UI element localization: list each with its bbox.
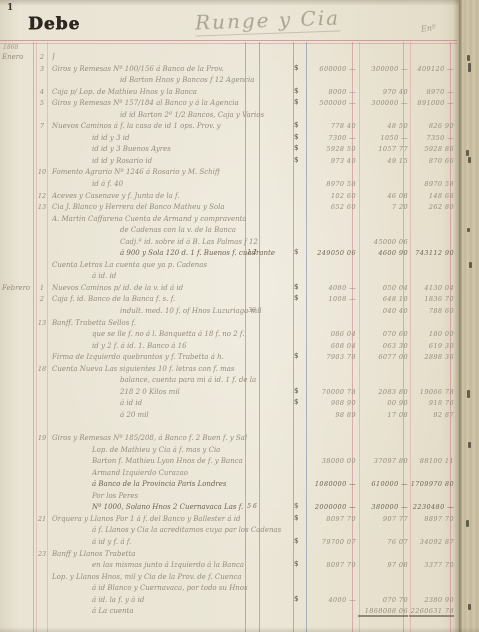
ledger-row: á id. id <box>0 271 479 283</box>
amount-col1: 7903 78 <box>302 353 356 361</box>
entry-description: Aceves y Casenave y f. Junta de la f. <box>52 192 180 200</box>
amount-col3: 92 87 <box>409 411 454 419</box>
amount-col3: 826 90 <box>409 122 454 130</box>
currency-mark: $ <box>294 294 298 302</box>
amount-col2: 063 30 <box>358 342 408 350</box>
ledger-row: que se lle f. no á l. Banquetta á 18 f. … <box>0 329 479 341</box>
ledger-row: 19Giros y Remesas Nº 185/208, á Banco f.… <box>0 433 479 445</box>
amount-col2: 17 08 <box>358 411 408 419</box>
entry-description: J <box>52 53 55 61</box>
amount-col2: 070 60 <box>358 330 408 338</box>
amount-col2: 2083 80 <box>358 388 408 396</box>
amount-col3: 1836 70 <box>409 295 454 303</box>
ledger-row: á Banco de la Provincia Paris Londres108… <box>0 479 479 491</box>
amount-col1: 98 89 <box>302 411 356 419</box>
amount-col1: 102 60 <box>302 192 356 200</box>
currency-mark: $ <box>294 156 298 164</box>
currency-mark: $ <box>294 560 298 568</box>
amount-col3: 5928 86 <box>409 145 454 153</box>
entry-day: 12 <box>37 192 47 200</box>
amount-col2: 070 70 <box>358 596 408 604</box>
ledger-row: á id. la f. y á id$4000 —070 702380 90 <box>0 595 479 607</box>
ledger-row: Enero2J <box>0 52 479 64</box>
entry-day: 4 <box>37 88 47 96</box>
amount-col2: 610000 — <box>358 480 408 488</box>
ledger-row: Cuenta Letras La cuenta que ya p. Cadena… <box>0 260 479 272</box>
ledger-row: 12Aceves y Casenave y f. Junta de la f.1… <box>0 191 479 203</box>
amount-col1: 7300 — <box>302 134 356 142</box>
amount-col2: 300000 — <box>358 99 408 107</box>
ledger-row: Armand Izquierdo Curazao <box>0 468 479 480</box>
entry-description: Caja f. id. Banco de la Banca f. s. f. <box>52 295 175 303</box>
amount-col3: 2230480 — <box>409 503 454 511</box>
amount-col2: 48 50 <box>358 122 408 130</box>
entry-month: Febrero <box>2 284 32 292</box>
currency-mark: $ <box>294 398 298 406</box>
entry-description: id id y 3 Buenos Ayres <box>92 145 171 153</box>
account-title-text: Runge y Cia <box>195 5 341 36</box>
ledger-row: 23Banff y Llanos Trabetta <box>0 549 479 561</box>
currency-mark: $ <box>294 248 298 256</box>
amount-col1: 1008 — <box>302 295 356 303</box>
amount-col1: 2000000 — <box>302 503 356 511</box>
ledger-row: Nº 1000, Solano Hnos 2 Cuernavaca Las f.… <box>0 502 479 514</box>
amount-col2: 907 77 <box>358 515 408 523</box>
entry-description: Banff. Trabetta Sellos f. <box>52 319 136 327</box>
page-number: 1 <box>7 3 13 13</box>
amount-col2: 45000 06 <box>358 238 408 246</box>
amount-col1: 8097 70 <box>302 561 356 569</box>
ledger-row: Barton f. Mathieu Lyon Hnos de f. y Banc… <box>0 456 479 468</box>
ledger-row <box>0 618 479 630</box>
entry-description: 218 2 0 Kilos mil <box>120 388 180 396</box>
head-rule-1 <box>0 40 457 41</box>
ledger-row: 218 2 0 Kilos mil$70000 782083 8019066 7… <box>0 387 479 399</box>
entry-description: id y 2 f. á id. 1. Banco á 16 <box>92 342 187 350</box>
ledger-row: 18Cuenta Nueva Las siguientes 10 f. letr… <box>0 364 479 376</box>
currency-mark: $ <box>294 502 298 510</box>
ledger-row: Firma de Izquierdo quebrantos y f. Trabe… <box>0 352 479 364</box>
amount-col1: 1080000 — <box>302 480 356 488</box>
currency-mark: $ <box>294 514 298 522</box>
ledger-row: id Barton Hnos y Bancos f 12 Agencia <box>0 75 479 87</box>
entry-description: id id y Rosario id <box>92 157 152 165</box>
ledger-row: á id y f. á f.$79700 0776 0734092 87 <box>0 537 479 549</box>
currency-mark: $ <box>294 87 298 95</box>
entry-month: Enero <box>2 53 32 61</box>
entry-description: A. Martin Caffarena Cuenta de Armand y c… <box>52 215 247 223</box>
amount-col3: 1709970 80 <box>409 480 454 488</box>
ledger-page: 1 Debe Runge y Cia Enº 1868 Enero2J3Giro… <box>0 0 479 632</box>
amount-col1: 778 40 <box>302 122 356 130</box>
ledger-row: á 900 y Sola 120 d. 1 f. Buenos f. cuadr… <box>0 248 479 260</box>
currency-mark: $ <box>294 64 298 72</box>
amount-col3: 918 76 <box>409 399 454 407</box>
entry-day: 3 <box>37 65 47 73</box>
amount-col3: 262 80 <box>409 203 454 211</box>
entry-description: id id Barton 2ª 1/2 Bancos, Caja y Vario… <box>120 111 264 119</box>
ledger-row: 13Cia J. Blanco y Herrera del Banco Math… <box>0 202 479 214</box>
entry-description: Firma de Izquierdo quebrantos y f. Trabe… <box>52 353 224 361</box>
amount-col2: 00 90 <box>358 399 408 407</box>
entry-description: id á f. 40 <box>92 180 123 188</box>
ledger-row: 21Orquera y Llanos Por 1 á f. del Banco … <box>0 514 479 526</box>
entry-description: á id Blanco y Cuernavaca, por todo su Hn… <box>92 584 248 592</box>
amount-col2: 380000 — <box>358 503 408 511</box>
amount-col2: 648 10 <box>358 295 408 303</box>
amount-col1: 086 04 <box>302 330 356 338</box>
amount-col3: 409120 — <box>409 65 454 73</box>
entry-day: 19 <box>37 434 47 442</box>
amount-col2: 97 08 <box>358 561 408 569</box>
entry-day: 23 <box>37 550 47 558</box>
entry-description: Por los Peres <box>92 492 138 500</box>
ledger-row: balance, cuenta para mi á id. 1 f. de la <box>0 375 479 387</box>
amount-col2: 6077 00 <box>358 353 408 361</box>
amount-col3: 788 60 <box>409 307 454 315</box>
amount-col3: 2260631 78 <box>409 607 454 617</box>
entry-day: 13 <box>37 203 47 211</box>
amount-col3: 8970 — <box>409 88 454 96</box>
entry-description: indult. med. 10 f. of Hnos Luzuriaga mil <box>120 307 262 315</box>
amount-col1: 600000 — <box>302 65 356 73</box>
amount-col3: 8897 70 <box>409 515 454 523</box>
entry-description: Cuenta Nueva Las siguientes 10 f. letras… <box>52 365 235 373</box>
amount-col2: 46 08 <box>358 192 408 200</box>
ledger-row: 2Caja f. id. Banco de la Banca f. s. f.$… <box>0 294 479 306</box>
amount-col2: 1050 — <box>358 134 408 142</box>
amount-col1: 973 40 <box>302 157 356 165</box>
entry-folio: 1 2 <box>246 249 258 256</box>
amount-col3: 19066 78 <box>409 388 454 396</box>
amount-col3: 2380 90 <box>409 596 454 604</box>
amount-col2: 040 40 <box>358 307 408 315</box>
amount-col1: 5928 50 <box>302 145 356 153</box>
currency-mark: $ <box>294 98 298 106</box>
entry-description: Cadj.ª id. sobre id á B. Las Palmas f 12 <box>120 238 258 246</box>
entry-day: 7 <box>37 122 47 130</box>
entry-description: Armand Izquierdo Curazao <box>92 469 188 477</box>
entry-description: á id. la f. y á id <box>92 596 144 604</box>
entry-description: Cia J. Blanco y Herrera del Banco Matheu… <box>52 203 225 211</box>
ledger-row: á id Blanco y Cuernavaca, por todo su Hn… <box>0 583 479 595</box>
entry-description: á Banco de la Provincia Paris Londres <box>92 480 227 488</box>
entry-description: id Barton Hnos y Bancos f 12 Agencia <box>120 76 254 84</box>
amount-col1: 908 90 <box>302 399 356 407</box>
entry-description: á id. id <box>92 272 116 280</box>
ledger-row <box>0 422 479 434</box>
ledger-row: á id id$908 9000 90918 76 <box>0 398 479 410</box>
ledger-row: A. Martin Caffarena Cuenta de Armand y c… <box>0 214 479 226</box>
entry-description: balance, cuenta para mi á id. 1 f. de la <box>120 376 256 384</box>
amount-col3: 2898 36 <box>409 353 454 361</box>
ledger-row: de Cadenas con la v. de la Banca <box>0 225 479 237</box>
ledger-row: á La cuenta1868008 062260631 78 <box>0 606 479 618</box>
currency-mark: $ <box>294 283 298 291</box>
ledger-row: á 20 mil98 8917 0892 87 <box>0 410 479 422</box>
ledger-row: 5Giros y Remesas Nº 157/184 al Banco y á… <box>0 98 479 110</box>
account-title: Runge y Cia <box>195 5 341 34</box>
ledger-row: 10Fomento Agrario Nº 1246 á Rosario y M.… <box>0 167 479 179</box>
currency-mark: $ <box>294 387 298 395</box>
entry-description: á id id <box>120 399 142 407</box>
amount-col1: 38000 00 <box>302 457 356 465</box>
ledger-row: 4Caja p/ Lop. de Mathieu Hnos y la Banca… <box>0 87 479 99</box>
entry-description: á f. Llanos y Cia la acreditamos cuya pa… <box>92 526 281 534</box>
entry-description: en las mismas junto á Izquierdo á la Ban… <box>92 561 244 569</box>
entry-day: 2 <box>37 295 47 303</box>
ledger-row: Lop. de Mathieu y Cia á f. mas y Cia <box>0 445 479 457</box>
amount-col1: 8970 58 <box>302 180 356 188</box>
entry-day: 13 <box>37 319 47 327</box>
entry-description: Lop. de Mathieu y Cia á f. mas y Cia <box>92 446 220 454</box>
entry-description: que se lle f. no á l. Banquetta á 18 f. … <box>92 330 245 338</box>
entry-folio: 5 6 <box>246 503 258 510</box>
amount-col3: 88100 11 <box>409 457 454 465</box>
ledger-row: id id y Rosario id$973 4049 15870 66 <box>0 156 479 168</box>
next-page-edge <box>462 0 479 632</box>
ledger-row: 7Nuevos Caminos á f. la casa de id 1 ops… <box>0 121 479 133</box>
entry-description: Nuevos Caminos á f. la casa de id 1 ops.… <box>52 122 221 130</box>
entry-description: Caja p/ Lop. de Mathieu Hnos y la Banca <box>52 88 197 96</box>
entry-description: á 20 mil <box>120 411 149 419</box>
amount-col3: 619 30 <box>409 342 454 350</box>
amount-col2: 49 15 <box>358 157 408 165</box>
entry-description: Lop. y Llanos Hnos, mil y Cia de la Prov… <box>52 573 242 581</box>
entry-description: Nº 1000, Solano Hnos 2 Cuernavaca Las f. <box>92 503 243 511</box>
amount-col3: 148 68 <box>409 192 454 200</box>
entry-day: 10 <box>37 168 47 176</box>
ledger-row: indult. med. 10 f. of Hnos Luzuriaga mil… <box>0 306 479 318</box>
currency-mark: $ <box>294 537 298 545</box>
ledger-row: id id Barton 2ª 1/2 Bancos, Caja y Vario… <box>0 110 479 122</box>
entry-description: Giros y Remesas Nº 100/156 á Banco de la… <box>52 65 224 73</box>
amount-col1: 249050 06 <box>302 249 356 257</box>
currency-mark: $ <box>294 595 298 603</box>
amount-col3: 891000 — <box>409 99 454 107</box>
amount-col2: 050 04 <box>358 284 408 292</box>
ledger-row: Cadj.ª id. sobre id á B. Las Palmas f 12… <box>0 237 479 249</box>
amount-col2: 970 40 <box>358 88 408 96</box>
amount-col2: 1057 77 <box>358 145 408 153</box>
ledger-row: id id y 3 Buenos Ayres$5928 501057 77592… <box>0 144 479 156</box>
entry-description: Banff y Llanos Trabetta <box>52 550 135 558</box>
currency-mark: $ <box>294 144 298 152</box>
amount-col2: 37097 80 <box>358 457 408 465</box>
margin-year-note: 1868 <box>3 44 18 51</box>
ledger-row: en las mismas junto á Izquierdo á la Ban… <box>0 560 479 572</box>
entry-description: Giros y Remesas Nº 157/184 al Banco y á … <box>52 99 239 107</box>
amount-col2: 4600 90 <box>358 249 408 257</box>
currency-mark: $ <box>294 133 298 141</box>
entry-description: á id y f. á f. <box>92 538 131 546</box>
amount-col3: 870 66 <box>409 157 454 165</box>
entry-day: 5 <box>37 99 47 107</box>
entry-folio: 30 <box>246 307 258 314</box>
entry-day: 1 <box>37 284 47 292</box>
entry-description: id id y 3 id <box>92 134 129 142</box>
entry-day: 21 <box>37 515 47 523</box>
ledger-row: Por los Peres <box>0 491 479 503</box>
amount-col3: 8970 58 <box>409 180 454 188</box>
entry-description: Nuevos Caminos p/ id. de la v. id á id <box>52 284 183 292</box>
amount-col1: 70000 78 <box>302 388 356 396</box>
entry-description: á La cuenta <box>92 607 134 615</box>
entry-description: Fomento Agrario Nº 1246 á Rosario y M. S… <box>52 168 220 176</box>
amount-col2: 7 20 <box>358 203 408 211</box>
amount-col1: 500000 — <box>302 99 356 107</box>
entry-day: 18 <box>37 365 47 373</box>
entry-description: Orquera y Llanos Por 1 á f. del Banco y … <box>52 515 240 523</box>
ledger-row: id id y 3 id$7300 —1050 —7350 — <box>0 133 479 145</box>
ledger-row: id y 2 f. á id. 1. Banco á 16608 04063 3… <box>0 341 479 353</box>
ledger-entries: Enero2J3Giros y Remesas Nº 100/156 á Ban… <box>0 52 479 629</box>
currency-mark: $ <box>294 121 298 129</box>
amount-col2: 300000 — <box>358 65 408 73</box>
ledger-row: Febrero1Nuevos Caminos p/ id. de la v. i… <box>0 283 479 295</box>
ledger-row: Lop. y Llanos Hnos, mil y Cia de la Prov… <box>0 572 479 584</box>
amount-col1: 8000 — <box>302 88 356 96</box>
amount-col1: 8097 70 <box>302 515 356 523</box>
entry-description: Barton f. Mathieu Lyon Hnos de f. y Banc… <box>92 457 243 465</box>
amount-col1: 652 60 <box>302 203 356 211</box>
amount-col3: 180 00 <box>409 330 454 338</box>
head-rule-2 <box>0 43 457 44</box>
amount-col3: 34092 87 <box>409 538 454 546</box>
ledger-row: á f. Llanos y Cia la acreditamos cuya pa… <box>0 525 479 537</box>
amount-col3: 4130 04 <box>409 284 454 292</box>
ledger-row: id á f. 408970 588970 58 <box>0 179 479 191</box>
amount-col3: 3377 70 <box>409 561 454 569</box>
amount-col2: 1868008 06 <box>358 607 408 617</box>
entry-description: de Cadenas con la v. de la Banca <box>120 226 236 234</box>
amount-col1: 4000 — <box>302 596 356 604</box>
entry-description: Cuenta Letras La cuenta que ya p. Cadena… <box>52 261 207 269</box>
entry-description: Giros y Remesas Nº 185/208, á Banco f. 2… <box>52 434 247 442</box>
entry-day: 2 <box>37 53 47 61</box>
corner-note: Enº <box>421 23 437 33</box>
debit-header: Debe <box>28 14 80 34</box>
ledger-row: 13Banff. Trabetta Sellos f. <box>0 318 479 330</box>
currency-mark: $ <box>294 352 298 360</box>
amount-col3: 743112 90 <box>409 249 454 257</box>
amount-col1: 608 04 <box>302 342 356 350</box>
amount-col2: 76 07 <box>358 538 408 546</box>
amount-col3: 7350 — <box>409 134 454 142</box>
amount-col1: 79700 07 <box>302 538 356 546</box>
ledger-row: 3Giros y Remesas Nº 100/156 á Banco de l… <box>0 64 479 76</box>
amount-col1: 4080 — <box>302 284 356 292</box>
